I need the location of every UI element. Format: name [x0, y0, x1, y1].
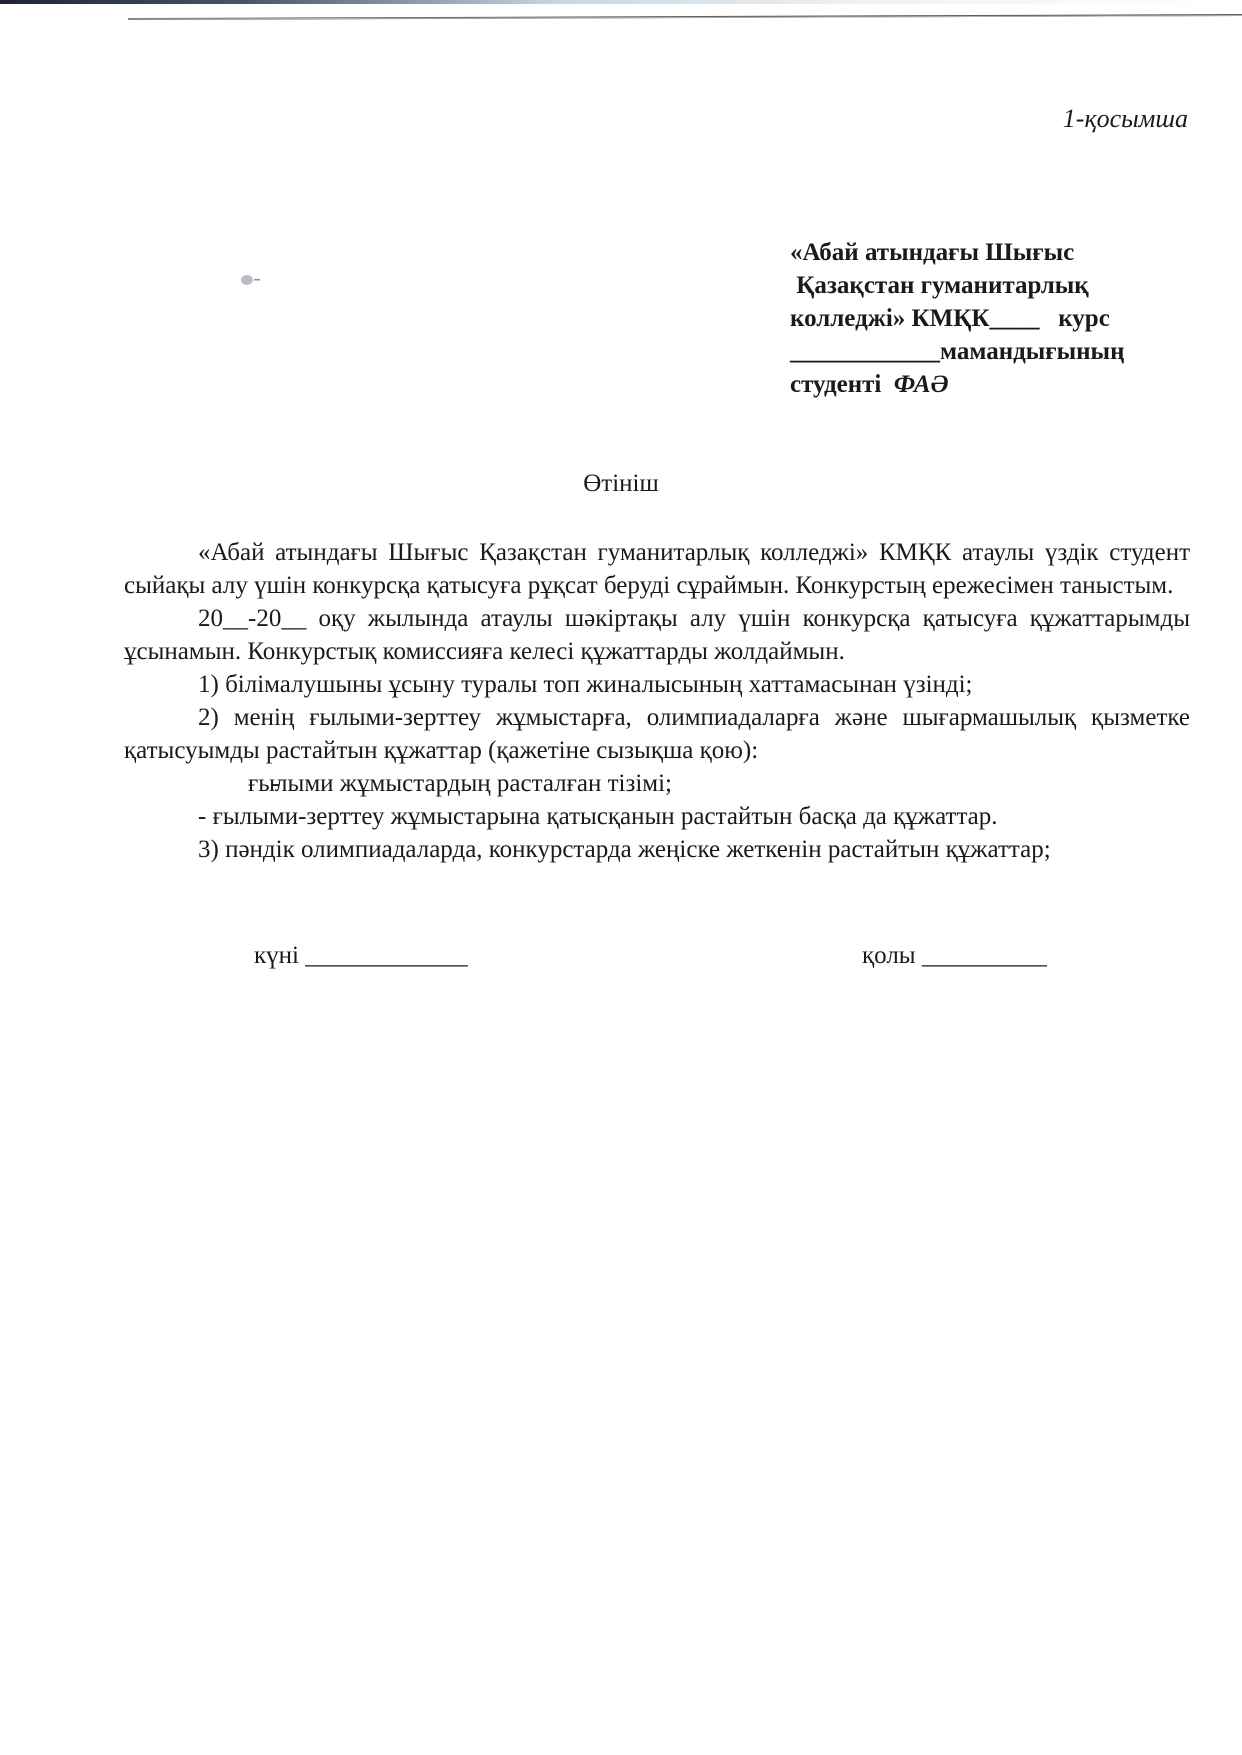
list-item: -ғылыми жұмыстардың расталған тізімі;	[124, 767, 1190, 800]
list-dash: -	[198, 767, 248, 800]
signature-row: күні _____________ қолы __________	[124, 942, 1190, 978]
paragraph: «Абай атындағы Шығыс Қазақстан гуманитар…	[124, 536, 1190, 602]
list-item-text: ғылыми жұмыстардың расталған тізімі;	[248, 770, 672, 797]
addressee-line: ____________мамандығының	[790, 335, 1125, 368]
student-label: студенті	[790, 371, 894, 398]
addressee-line: Қазақстан гуманитарлық	[790, 269, 1125, 302]
paragraph: 20__-20__ оқу жылында атаулы шәкіртақы а…	[124, 602, 1190, 668]
document-body: «Абай атындағы Шығыс Қазақстан гуманитар…	[124, 536, 1190, 866]
list-item: - ғылыми-зерттеу жұмыстарына қатысқанын …	[124, 800, 1190, 833]
addressee-line: колледжі» КМҚК____ курс	[790, 302, 1125, 335]
scan-speck	[238, 272, 262, 288]
student-initials: ФАӘ	[894, 371, 949, 398]
scan-top-edge	[0, 0, 1242, 4]
addressee-line: «Абай атындағы Шығыс	[790, 236, 1125, 269]
document-title: Өтініш	[0, 470, 1242, 498]
paragraph: 2) менің ғылыми-зерттеу жұмыстарға, олим…	[124, 701, 1190, 767]
paragraph: 3) пәндік олимпиадаларда, конкурстарда ж…	[124, 833, 1190, 866]
annex-label: 1-қосымша	[1063, 104, 1188, 134]
signature-field: қолы __________	[862, 942, 1047, 970]
addressee-student-line: студенті ФАӘ	[790, 368, 1125, 401]
paragraph: 1) білімалушыны ұсыну туралы топ жиналыс…	[124, 668, 1190, 701]
addressee-block: «Абай атындағы Шығыс Қазақстан гуманитар…	[790, 236, 1125, 401]
date-field: күні _____________	[254, 942, 468, 970]
scan-artifact-line	[128, 14, 1242, 20]
